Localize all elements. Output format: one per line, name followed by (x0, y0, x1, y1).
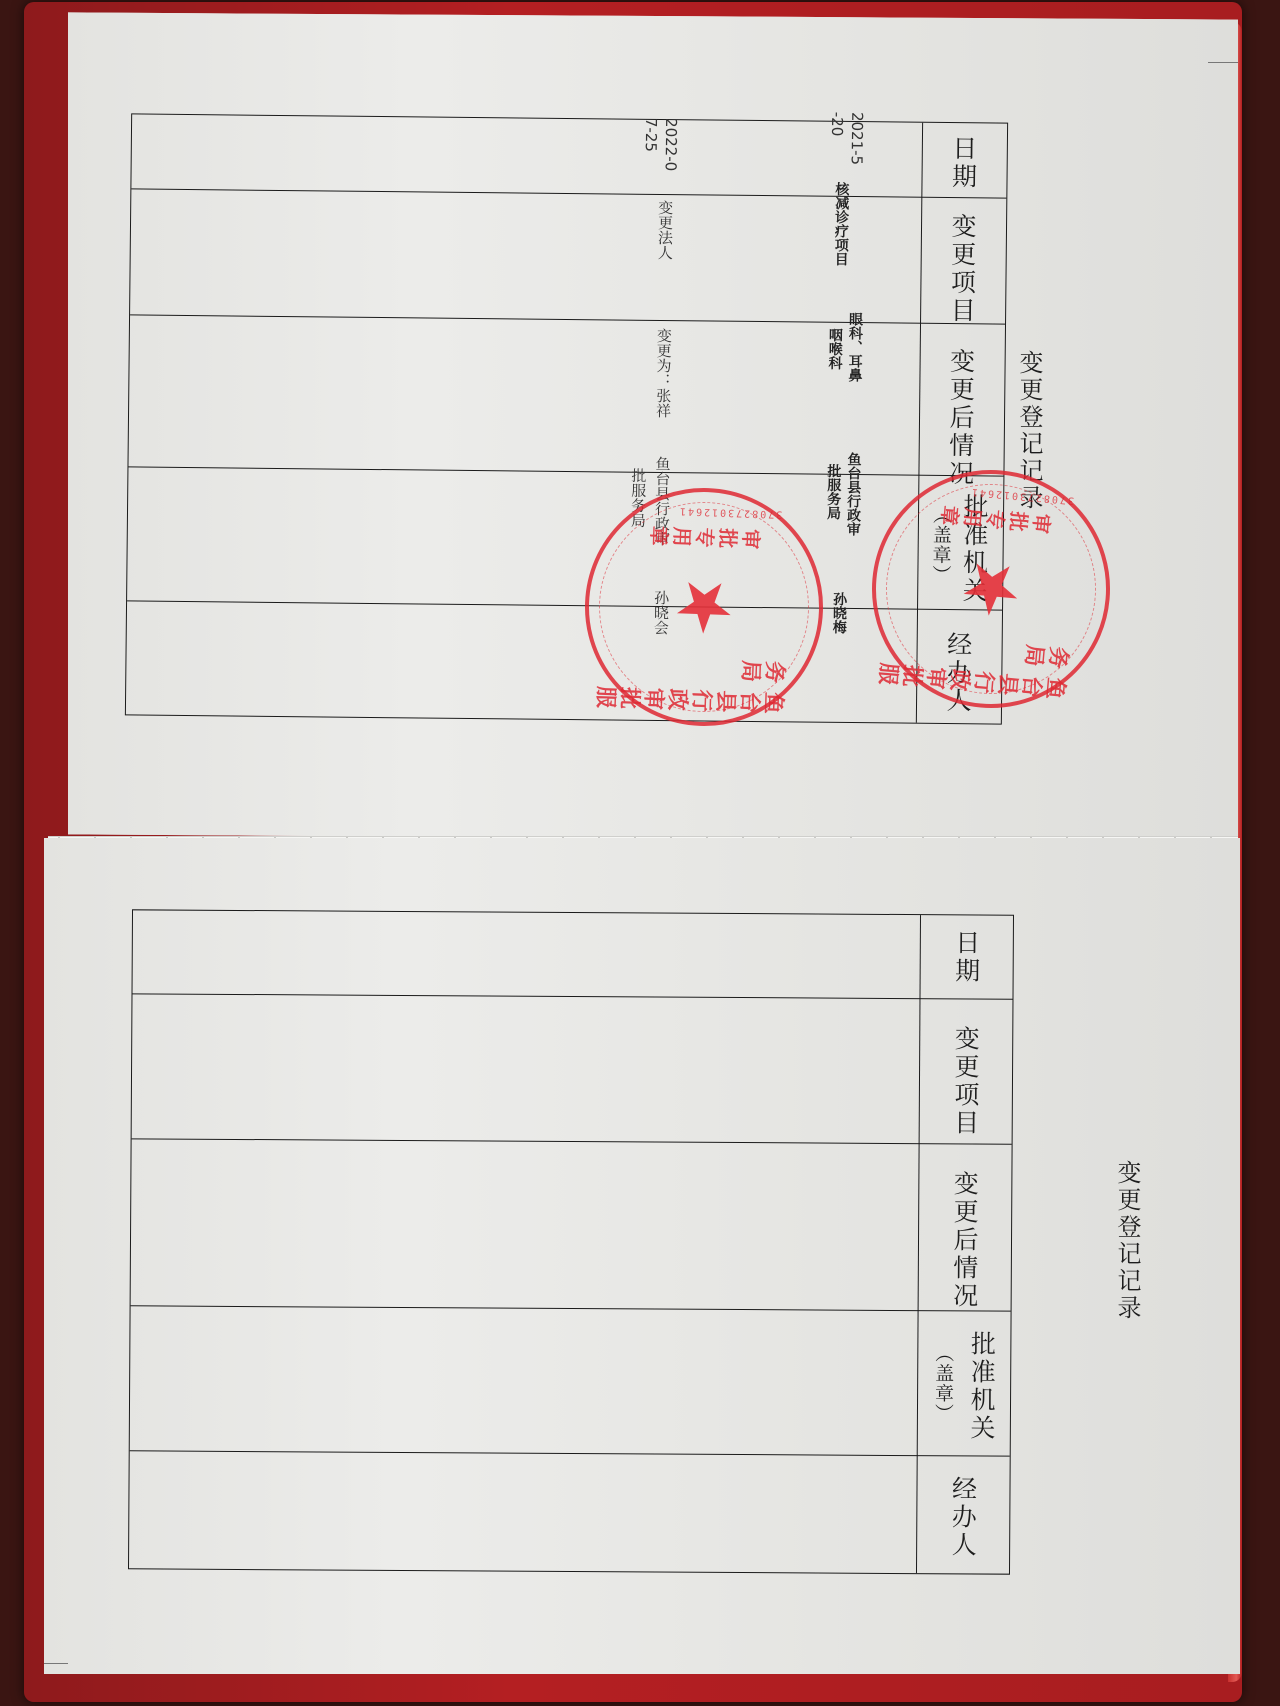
header-date: 日期 (944, 135, 981, 191)
row1-date-line2: -20 (828, 112, 846, 137)
column-divider (128, 466, 1003, 476)
row1-after-line1: 眼科、耳鼻 (844, 312, 865, 382)
header-date: 日期 (948, 929, 984, 985)
header-divider (916, 915, 921, 1573)
row1-authority-line1: 鱼台县行政审 (843, 452, 864, 536)
row1-after-line2: 咽喉科 (825, 328, 845, 370)
star-icon: ★ (957, 551, 1026, 626)
bottom-page-title: 变更登记记录 (1110, 1160, 1145, 1322)
header-change-item: 变更项目 (943, 213, 980, 325)
row1-authority-line2: 批服务局 (823, 464, 844, 520)
star-icon: ★ (671, 571, 736, 643)
row1-date-line1: 2021-5 (848, 112, 867, 165)
header-after-change: 变更后情况 (946, 1170, 983, 1310)
column-divider (133, 993, 1013, 999)
column-divider (130, 314, 1005, 324)
column-divider (131, 188, 1006, 198)
row2-change-item: 变更法人 (655, 200, 677, 260)
row2-after-change: 变更为：张祥 (653, 328, 675, 418)
header-change-item: 变更项目 (947, 1025, 984, 1137)
header-seal-note: （盖章） (930, 1343, 957, 1423)
header-after-change: 变更后情况 (941, 348, 978, 488)
header-handler: 经办人 (944, 1475, 981, 1559)
row1-handler: 孙晓梅 (829, 592, 849, 634)
page-tick-mark (1208, 62, 1238, 63)
bottom-change-record-table: 日期 变更项目 变更后情况 批准机关 （盖章） 经办人 (128, 909, 1014, 1574)
column-divider (132, 1138, 1012, 1144)
page-tick-mark (44, 1663, 68, 1664)
column-divider (127, 600, 1002, 610)
row2-date-line2: 7-25 (642, 118, 660, 152)
header-approval-authority: 批准机关 (963, 1330, 1000, 1442)
row2-date-line1: 2022-0 (662, 118, 681, 171)
seal-center-text: 审批专用章 (646, 520, 762, 553)
column-divider (130, 1450, 1010, 1456)
seal-ring-text: 鱼台县行政审批服务局 (585, 648, 787, 717)
column-divider (131, 1305, 1011, 1311)
row1-change-item: 核减诊疗项目 (831, 182, 852, 266)
